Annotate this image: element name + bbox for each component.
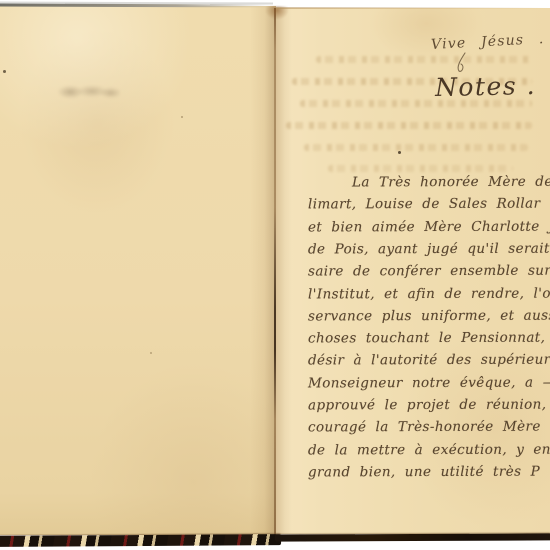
manuscript-photo: Vive Jésus . Notes . La Très honorée Mèr… (0, 0, 550, 550)
ink-speck (181, 116, 183, 118)
manuscript-line: Monseigneur notre évêque, a — (308, 374, 550, 391)
manuscript-line: couragé la Très-honorée Mère (308, 419, 541, 436)
gutter-shadow (250, 6, 276, 535)
manuscript-line: désir à l'autorité des supérieurs ecc (308, 352, 550, 369)
ink-speck (3, 70, 6, 73)
manuscript-line: servance plus uniforme, et aussi c (308, 307, 550, 324)
pencil-smudge (58, 84, 120, 100)
manuscript-line: de Pois, ayant jugé qu'il serait né (308, 240, 550, 257)
right-page: Vive Jésus . Notes . La Très honorée Mèr… (276, 8, 550, 534)
manuscript-lines: La Très honorée Mère de notre-limart, Lo… (276, 8, 550, 534)
cover-edge-marbled (0, 534, 281, 547)
manuscript-line: de la mettre à exécution, y entre (308, 441, 550, 458)
manuscript-line: et bien aimée Mère Charlotte Jos (308, 218, 550, 235)
page-top-edge (276, 7, 550, 9)
gutter-stain (260, 6, 294, 30)
ink-speck (398, 151, 401, 154)
left-page (0, 6, 276, 535)
manuscript-line: choses touchant le Pensionnat, en (308, 330, 550, 347)
manuscript-line: limart, Louise de Sales Rollar (308, 196, 540, 213)
ink-speck (150, 352, 152, 354)
manuscript-line: approuvé le projet de réunion, m (308, 397, 550, 414)
manuscript-line: La Très honorée Mère de notre- (352, 174, 550, 191)
manuscript-line: grand bien, une utilité très P (308, 463, 540, 480)
book-gutter (274, 8, 276, 535)
cover-edge (276, 533, 550, 541)
manuscript-line: l'Institut, et afin de rendre, l'ob (308, 285, 550, 302)
manuscript-line: saire de conférer ensemble sur diver (308, 263, 550, 280)
